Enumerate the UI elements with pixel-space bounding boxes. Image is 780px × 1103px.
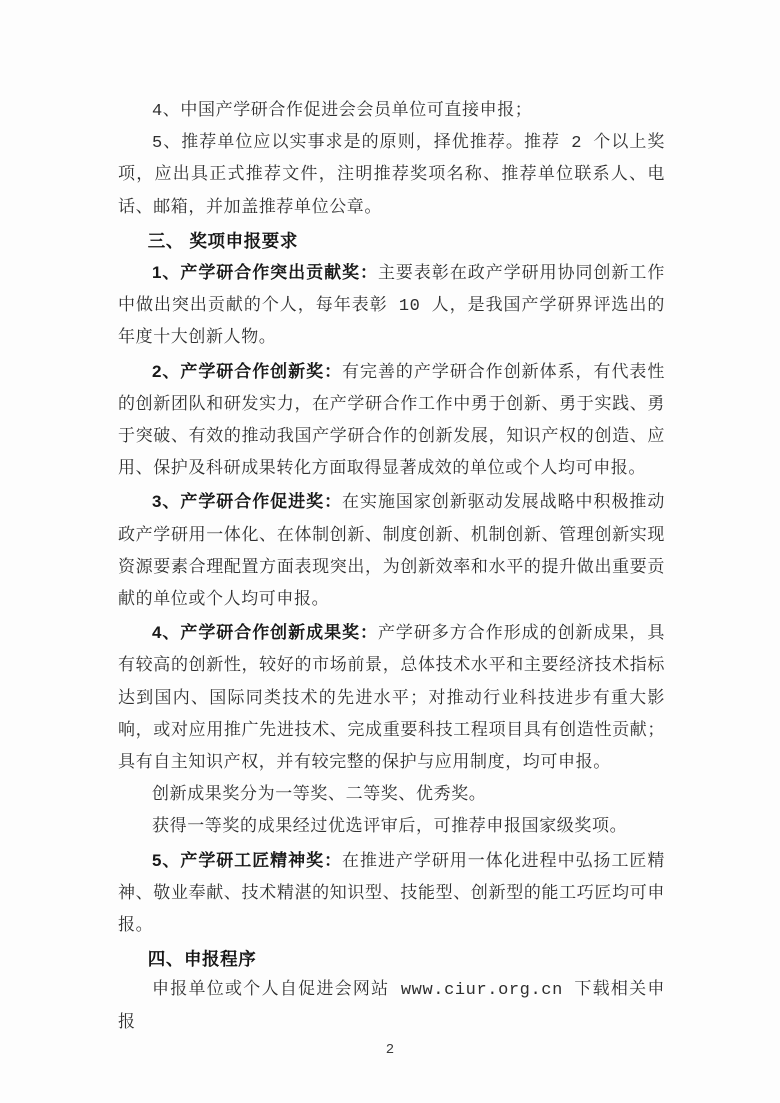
document-page: 4、中国产学研合作促进会会员单位可直接申报；5、推荐单位应以实事求是的原则，择优… [0, 0, 780, 1103]
document-body: 4、中国产学研合作促进会会员单位可直接申报；5、推荐单位应以实事求是的原则，择优… [118, 96, 665, 1040]
paragraph-text: 四、申报程序 [148, 949, 257, 969]
award-name-lead: 4、产学研合作创新成果奖： [152, 623, 378, 642]
paragraph: 4、中国产学研合作促进会会员单位可直接申报； [118, 96, 665, 128]
paragraph: 5、推荐单位应以实事求是的原则，择优推荐。推荐 2 个以上奖项，应出具正式推荐文… [118, 128, 665, 225]
award-name-lead: 3、产学研合作促进奖： [152, 492, 342, 511]
paragraph: 5、产学研工匠精神奖：在推进产学研用一体化进程中弘扬工匠精神、敬业奉献、技术精湛… [118, 845, 665, 944]
paragraph-text: 获得一等奖的成果经过优选评审后，可推荐申报国家级奖项。 [152, 818, 627, 837]
paragraph: 3、产学研合作促进奖：在实施国家创新驱动发展战略中积极推动政产学研用一体化、在体… [118, 486, 665, 617]
page-number: 2 [0, 1040, 780, 1060]
section-heading: 四、申报程序 [118, 943, 665, 975]
paragraph: 1、产学研合作突出贡献奖：主要表彰在政产学研用协同创新工作中做出突出贡献的个人，… [118, 257, 665, 356]
award-name-lead: 1、产学研合作突出贡献奖： [152, 263, 378, 282]
paragraph: 申报单位或个人自促进会网站 www.ciur.org.cn 下载相关申报 [118, 975, 665, 1039]
paragraph: 2、产学研合作创新奖：有完善的产学研合作创新体系，有代表性的创新团队和研发实力，… [118, 356, 665, 487]
paragraph-text: 三、 奖项申报要求 [148, 231, 298, 251]
award-name-lead: 5、产学研工匠精神奖： [152, 851, 342, 870]
paragraph: 获得一等奖的成果经过优选评审后，可推荐申报国家级奖项。 [118, 812, 665, 844]
paragraph-text: 产学研多方合作形成的创新成果，具有较高的创新性，较好的市场前景，总体技术水平和主… [118, 625, 665, 773]
paragraph: 创新成果奖分为一等奖、二等奖、优秀奖。 [118, 780, 665, 812]
paragraph: 4、产学研合作创新成果奖：产学研多方合作形成的创新成果，具有较高的创新性，较好的… [118, 617, 665, 780]
paragraph-text: 4、中国产学研合作促进会会员单位可直接申报； [152, 102, 532, 121]
paragraph-text: 创新成果奖分为一等奖、二等奖、优秀奖。 [152, 786, 486, 805]
paragraph-text: 在实施国家创新驱动发展战略中积极推动政产学研用一体化、在体制创新、制度创新、机制… [118, 494, 665, 610]
paragraph-text: 申报单位或个人自促进会网站 www.ciur.org.cn 下载相关申报 [118, 981, 665, 1032]
paragraph-text: 5、推荐单位应以实事求是的原则，择优推荐。推荐 2 个以上奖项，应出具正式推荐文… [118, 134, 665, 217]
section-heading: 三、 奖项申报要求 [118, 225, 665, 257]
award-name-lead: 2、产学研合作创新奖： [152, 362, 342, 381]
